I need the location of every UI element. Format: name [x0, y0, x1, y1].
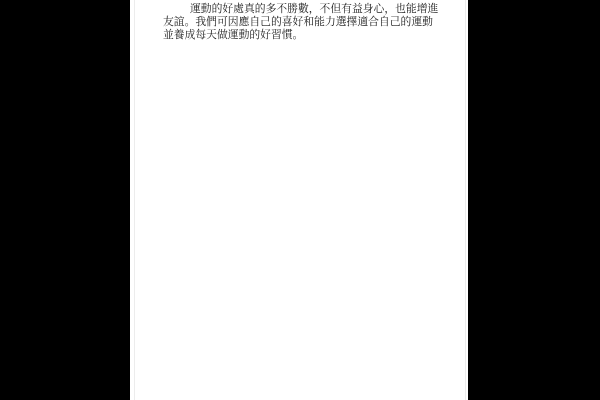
text-line-1: 運動的好處真的多不勝數，不但有益身心，也能增進 — [163, 3, 438, 16]
text-line-3: 並養成每天做運動的好習慣。 — [163, 29, 438, 42]
paragraph: 運動的好處真的多不勝數，不但有益身心，也能增進 友誼。我們可因應自己的喜好和能力… — [163, 3, 438, 42]
document-page: 運動的好處真的多不勝數，不但有益身心，也能增進 友誼。我們可因應自己的喜好和能力… — [130, 0, 468, 400]
page-edge-left — [134, 0, 135, 400]
screen: { "viewer": { "background_color": "#0000… — [0, 0, 600, 400]
page-edge-right — [465, 0, 466, 400]
text-line-2: 友誼。我們可因應自己的喜好和能力選擇適合自己的運動 — [163, 16, 438, 29]
viewer-background: 運動的好處真的多不勝數，不但有益身心，也能增進 友誼。我們可因應自己的喜好和能力… — [0, 0, 600, 400]
